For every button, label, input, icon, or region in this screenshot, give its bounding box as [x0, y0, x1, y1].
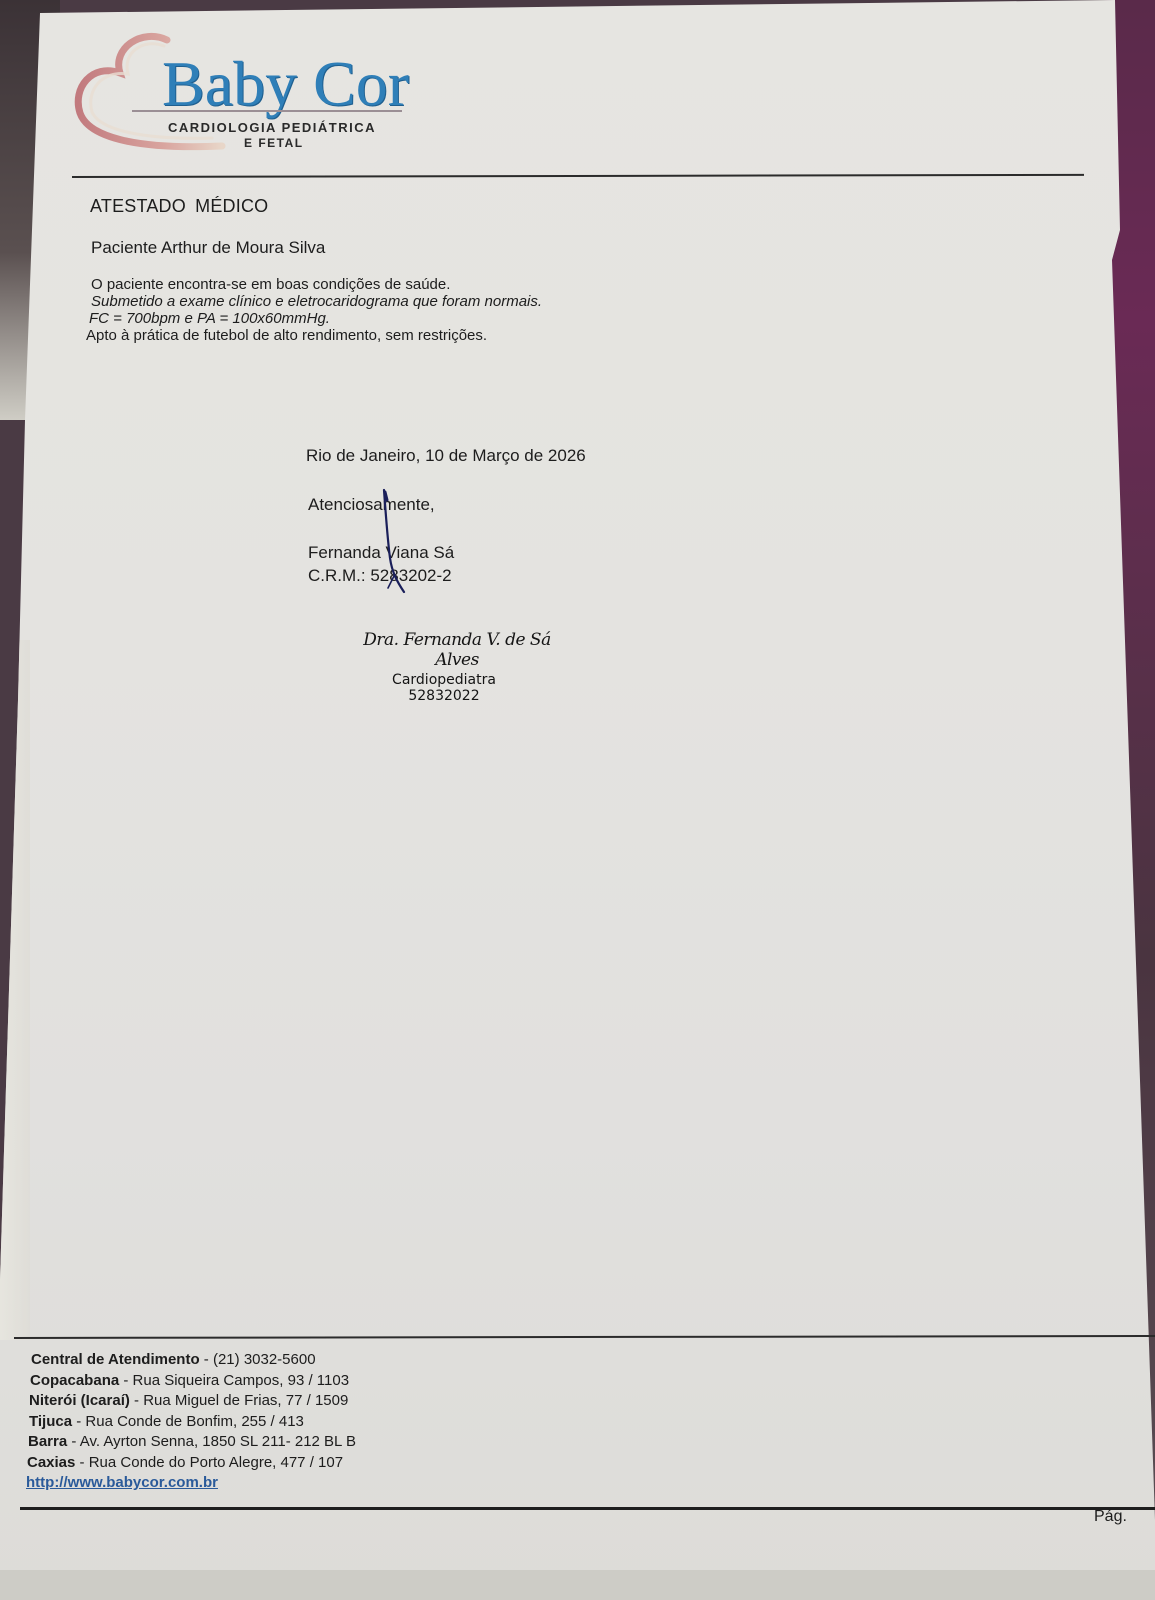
footer-line-caxias: Caxias - Rua Conde do Porto Alegre, 477 … [27, 1453, 356, 1474]
brand-subtitle-2: E FETAL [244, 136, 304, 150]
website-link[interactable]: http://www.babycor.com.br [26, 1474, 218, 1491]
document-title: ATESTADO MÉDICO [90, 196, 268, 217]
stamp-number: 52832022 [318, 688, 570, 704]
footer-text: - Rua Conde de Bonfim, 255 / 413 [72, 1413, 304, 1430]
brand-underline [132, 110, 402, 112]
brand-name: Baby Cor [162, 52, 409, 116]
body-line: Apto à prática de futebol de alto rendim… [86, 327, 542, 344]
footer-label: Tijuca [29, 1413, 72, 1430]
footer-line-barra: Barra - Av. Ayrton Senna, 1850 SL 211- 2… [28, 1432, 356, 1453]
footer-line-copacabana: Copacabana - Rua Siqueira Campos, 93 / 1… [30, 1371, 356, 1392]
pen-signature-stroke [380, 488, 420, 598]
footer-label: Central de Atendimento [31, 1351, 200, 1368]
stamp-role: Cardiopediatra [318, 672, 570, 688]
footer-line-central: Central de Atendimento - (21) 3032-5600 [31, 1350, 356, 1371]
footer-line-niteroi: Niterói (Icaraí) - Rua Miguel de Frias, … [29, 1391, 356, 1412]
footer-text: - Rua Miguel de Frias, 77 / 1509 [130, 1392, 348, 1409]
footer-label: Niterói (Icaraí) [29, 1392, 130, 1409]
footer-label: Copacabana [30, 1372, 119, 1389]
page-label: Pág. [1094, 1508, 1127, 1526]
body-line: O paciente encontra-se em boas condições… [86, 276, 542, 293]
patient-line: Paciente Arthur de Moura Silva [91, 238, 325, 258]
bottom-divider [20, 1507, 1155, 1510]
body-line: Submetido a exame clínico e eletrocarido… [86, 293, 542, 310]
paper-fold [0, 640, 30, 1340]
letterhead-logo: Baby Cor CARDIOLOGIA PEDIÁTRICA E FETAL [72, 28, 412, 158]
date-line: Rio de Janeiro, 10 de Março de 2026 [306, 446, 586, 466]
stamp-name: Dra. Fernanda V. de Sá Alves [344, 630, 570, 670]
footer-line-tijuca: Tijuca - Rua Conde de Bonfim, 255 / 413 [29, 1412, 356, 1433]
footer-text: - (21) 3032-5600 [200, 1351, 316, 1368]
footer-text: - Av. Ayrton Senna, 1850 SL 211- 212 BL … [67, 1433, 356, 1450]
footer-addresses: Central de Atendimento - (21) 3032-5600 … [31, 1350, 356, 1473]
footer-label: Caxias [27, 1454, 75, 1471]
brand-subtitle: CARDIOLOGIA PEDIÁTRICA [168, 120, 376, 135]
certificate-body: O paciente encontra-se em boas condições… [86, 276, 542, 344]
doctor-stamp: Dra. Fernanda V. de Sá Alves Cardiopedia… [340, 630, 570, 704]
body-line: FC = 700bpm e PA = 100x60mmHg. [86, 310, 542, 327]
footer-text: - Rua Conde do Porto Alegre, 477 / 107 [75, 1454, 343, 1471]
footer-text: - Rua Siqueira Campos, 93 / 1103 [119, 1372, 349, 1389]
paper-bottom-shade [0, 1570, 1155, 1600]
footer-label: Barra [28, 1433, 67, 1450]
